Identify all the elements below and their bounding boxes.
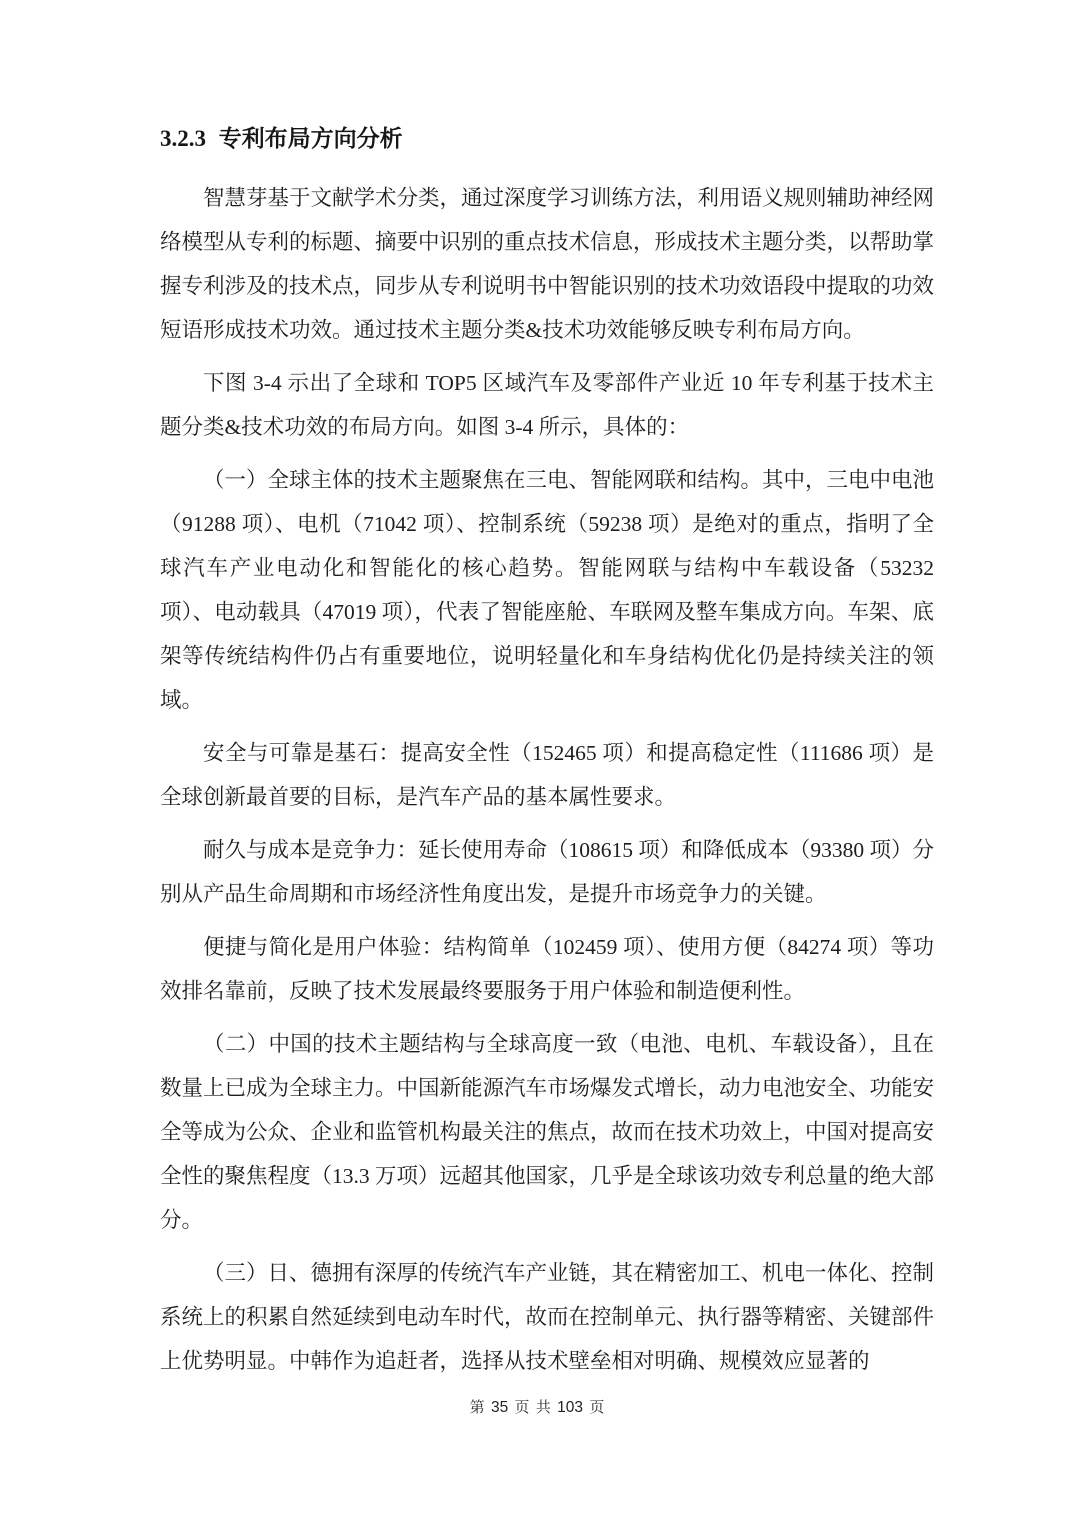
section-number: 3.2.3 [160, 126, 206, 151]
footer-total-label: 共 [536, 1398, 551, 1418]
paragraph-figure-reference: 下图 3-4 示出了全球和 TOP5 区域汽车及零部件产业近 10 年专利基于技… [160, 361, 934, 449]
footer-page-label: 第 [470, 1398, 485, 1418]
paragraph-point-one-global-topics: （一）全球主体的技术主题聚焦在三电、智能网联和结构。其中，三电中电池（91288… [160, 458, 934, 722]
page-content: 3.2.3专利布局方向分析 智慧芽基于文献学术分类，通过深度学习训练方法，利用语… [160, 122, 934, 1392]
paragraph-convenience-simplicity: 便捷与简化是用户体验：结构简单（102459 项）、使用方便（84274 项）等… [160, 925, 934, 1013]
footer-total-pages: 103 [557, 1398, 583, 1418]
section-heading: 3.2.3专利布局方向分析 [160, 122, 934, 156]
paragraph-point-three-japan-germany: （三）日、德拥有深厚的传统汽车产业链，其在精密加工、机电一体化、控制系统上的积累… [160, 1251, 934, 1383]
document-page: 3.2.3专利布局方向分析 智慧芽基于文献学术分类，通过深度学习训练方法，利用语… [0, 0, 1074, 1520]
page-footer: 第 35 页 共 103 页 [0, 1398, 1074, 1418]
paragraph-durability-cost: 耐久与成本是竞争力：延长使用寿命（108615 项）和降低成本（93380 项）… [160, 828, 934, 916]
paragraph-point-two-china: （二）中国的技术主题结构与全球高度一致（电池、电机、车载设备），且在数量上已成为… [160, 1022, 934, 1242]
footer-total-unit-label: 页 [589, 1398, 604, 1418]
section-title: 专利布局方向分析 [219, 126, 403, 151]
footer-page-unit-label: 页 [515, 1398, 530, 1418]
paragraph-safety-reliability: 安全与可靠是基石：提高安全性（152465 项）和提高稳定性（111686 项）… [160, 731, 934, 819]
paragraph-intro: 智慧芽基于文献学术分类，通过深度学习训练方法，利用语义规则辅助神经网络模型从专利… [160, 176, 934, 352]
footer-page-number: 35 [491, 1398, 508, 1418]
